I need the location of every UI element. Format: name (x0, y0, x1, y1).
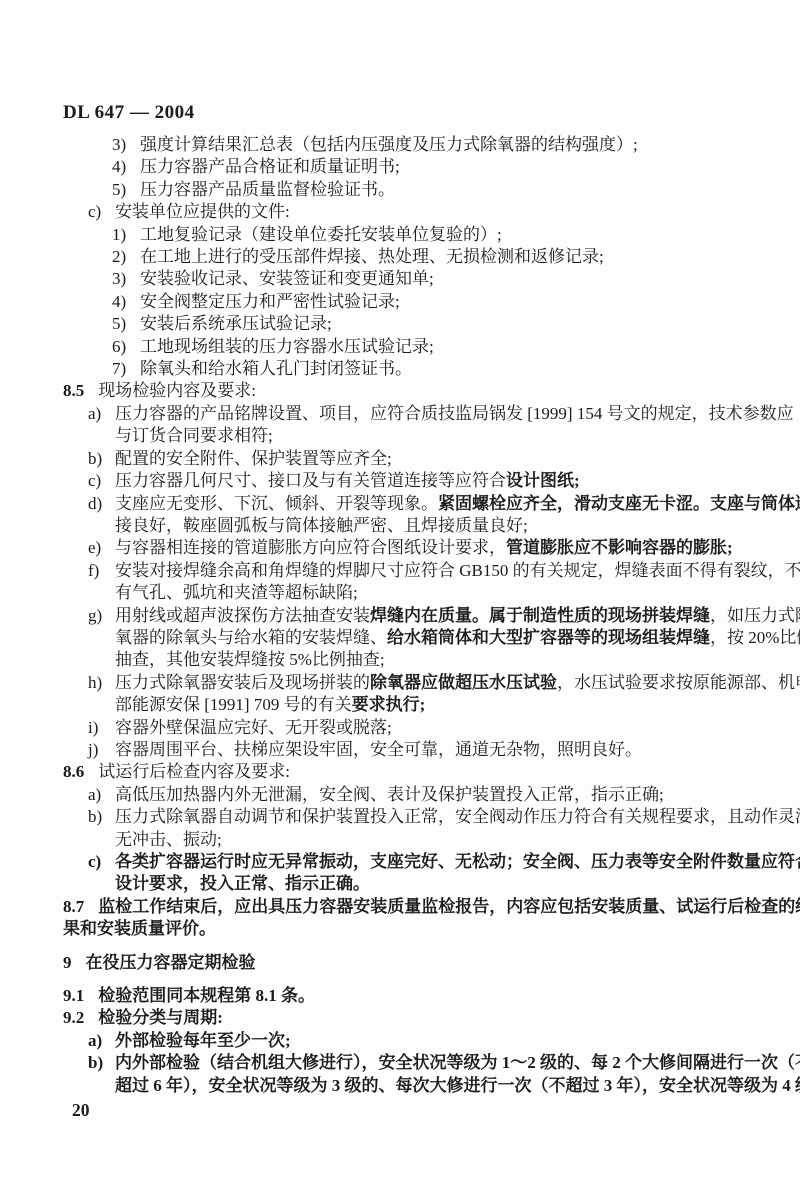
paragraph-4: 4)压力容器产品合格证和质量证明书; (63, 156, 745, 178)
text-segment: 紧固螺栓应齐全，滑动支座无卡涩。支座与筒体连 (438, 494, 800, 513)
text-segment: 与容器相连接的管道膨胀方向应符合图纸设计要求， (115, 538, 506, 557)
paragraph-label: 5) (112, 313, 140, 335)
paragraph-label: h) (88, 672, 115, 694)
paragraph-h: h)压力式除氧器安装后及现场拼装的除氧器应做超压水压试验，水压试验要求按原能源部… (63, 672, 745, 717)
paragraph-label: 9 (63, 952, 86, 974)
paragraph-label: 7) (112, 358, 140, 380)
paragraph-6: 6)工地现场组装的压力容器水压试验记录; (63, 336, 745, 358)
text-line: 安装单位应提供的文件: (115, 202, 290, 221)
text-line: 外部检验每年至少一次; (115, 1031, 291, 1050)
paragraph-label: e) (88, 537, 115, 559)
paragraph-label: a) (88, 784, 115, 806)
paragraph-label: 9.2 (63, 1007, 98, 1029)
paragraph-label: 6) (112, 336, 140, 358)
text-line: 氧器的除氧头与给水箱的安装焊缝、给水箱筒体和大型扩容器等的现场组装焊缝，按 20… (115, 628, 800, 647)
paragraph-7: 7)除氧头和给水箱人孔门封闭签证书。 (63, 358, 745, 380)
paragraph-5: 5)安装后系统承压试验记录; (63, 313, 745, 335)
paragraph-5: 5)压力容器产品质量监督检验证书。 (63, 179, 745, 201)
paragraph-label: j) (88, 739, 115, 761)
text-segment: ，按 20%比例 (710, 628, 800, 647)
text-line: 安装验收记录、安装签证和变更通知单; (140, 269, 434, 288)
paragraph-j: j)容器周围平台、扶梯应架设牢固，安全可靠，通道无杂物，照明良好。 (63, 739, 745, 761)
paragraph-3: 3)安装验收记录、安装签证和变更通知单; (63, 268, 745, 290)
page-number: 20 (72, 1100, 90, 1121)
text-segment: 给水箱筒体和大型扩容器等的现场组装焊缝 (387, 628, 710, 647)
paragraph-9.1: 9.1检验范围同本规程第 8.1 条。 (63, 985, 745, 1007)
text-line: 部能源安保 [1991] 709 号的有关要求执行; (115, 695, 425, 714)
document-page: DL 647 — 2004 3)强度计算结果汇总表（包括内压强度及压力式除氧器的… (0, 0, 800, 1193)
paragraph-8.5: 8.5现场检验内容及要求: (63, 380, 745, 402)
text-line: 压力容器几何尺寸、接口及与有关管道连接等应符合设计图纸; (115, 471, 580, 490)
paragraph-8.7: 8.7监检工作结束后，应出具压力容器安装质量监检报告，内容应包括安装质量、试运行… (63, 896, 745, 941)
text-line: 在工地上进行的受压部件焊接、热处理、无损检测和返修记录; (140, 247, 604, 266)
paragraph-1: 1)工地复验记录（建设单位委托安装单位复验的）; (63, 224, 745, 246)
paragraph-b: b)压力式除氧器自动调节和保护装置投入正常，安全阀动作压力符合有关规程要求，且动… (63, 806, 745, 851)
paragraph-a: a)高低压加热器内外无泄漏，安全阀、表计及保护装置投入正常，指示正确; (63, 784, 745, 806)
paragraph-label: 8.5 (63, 380, 98, 402)
paragraph-a: a)压力容器的产品铭牌设置、项目，应符合质技监局锅发 [1999] 154 号文… (63, 403, 745, 448)
text-segment: 用射线或超声波探伤方法抽查安装 (115, 606, 370, 625)
text-line: 支座应无变形、下沉、倾斜、开裂等现象。紧固螺栓应齐全，滑动支座无卡涩。支座与筒体… (115, 494, 800, 513)
text-line: 试运行后检查内容及要求: (98, 762, 290, 781)
paragraph-label: b) (88, 448, 115, 470)
text-segment: 除氧器应做超压水压试验 (370, 673, 557, 692)
paragraph-label: 1) (112, 224, 140, 246)
text-line: 安装对接焊缝余高和角焊缝的焊脚尺寸应符合 GB150 的有关规定，焊缝表面不得有… (115, 561, 800, 580)
text-line: 各类扩容器运行时应无异常振动，支座完好、无松动；安全阀、压力表等安全附件数量应符… (115, 852, 800, 871)
text-segment: 氧器的除氧头与给水箱的安装焊缝、 (115, 628, 387, 647)
paragraph-i: i)容器外壁保温应完好、无开裂或脱落; (63, 717, 745, 739)
text-line: 用射线或超声波探伤方法抽查安装焊缝内在质量。属于制造性质的现场拼装焊缝，如压力式… (115, 606, 800, 625)
text-line: 果和安装质量评价。 (63, 919, 216, 938)
paragraph-label: c) (88, 851, 115, 873)
paragraph-label: b) (88, 1052, 115, 1074)
text-segment: 焊缝内在质量。属于制造性质的现场拼装焊缝 (370, 606, 710, 625)
paragraph-c: c)各类扩容器运行时应无异常振动，支座完好、无松动；安全阀、压力表等安全附件数量… (63, 851, 745, 896)
paragraph-c: c)压力容器几何尺寸、接口及与有关管道连接等应符合设计图纸; (63, 470, 745, 492)
paragraph-a: a)外部检验每年至少一次; (63, 1030, 745, 1052)
paragraph-label: 4) (112, 156, 140, 178)
paragraph-4: 4)安全阀整定压力和严密性试验记录; (63, 291, 745, 313)
text-line: 压力容器产品合格证和质量证明书; (140, 157, 400, 176)
paragraph-label: c) (88, 470, 115, 492)
paragraph-label: f) (88, 560, 115, 582)
paragraph-2: 2)在工地上进行的受压部件焊接、热处理、无损检测和返修记录; (63, 246, 745, 268)
text-segment: ，如压力式除 (710, 606, 800, 625)
paragraph-label: 3) (112, 268, 140, 290)
text-line: 检验范围同本规程第 8.1 条。 (98, 986, 315, 1005)
text-line: 无冲击、振动; (115, 830, 222, 849)
text-segment: 支座应无变形、下沉、倾斜、开裂等现象。 (115, 494, 438, 513)
paragraph-label: 9.1 (63, 985, 98, 1007)
paragraph-label: 8.6 (63, 761, 98, 783)
text-segment: 要求执行; (352, 695, 426, 714)
text-line: 在役压力容器定期检验 (86, 953, 256, 972)
paragraph-9.2: 9.2检验分类与周期: (63, 1007, 745, 1029)
text-line: 配置的安全附件、保护装置等应齐全; (115, 449, 392, 468)
text-line: 现场检验内容及要求: (98, 381, 256, 400)
text-line: 安装后系统承压试验记录; (140, 314, 332, 333)
paragraph-g: g)用射线或超声波探伤方法抽查安装焊缝内在质量。属于制造性质的现场拼装焊缝，如压… (63, 605, 745, 672)
paragraph-label: a) (88, 403, 115, 425)
paragraph-label: b) (88, 806, 115, 828)
paragraph-3: 3)强度计算结果汇总表（包括内压强度及压力式除氧器的结构强度）; (63, 134, 745, 156)
text-line: 压力容器产品质量监督检验证书。 (140, 180, 395, 199)
text-line: 强度计算结果汇总表（包括内压强度及压力式除氧器的结构强度）; (140, 135, 638, 154)
text-segment: ，水压试验要求按原能源部、机电 (557, 673, 800, 692)
paragraph-e: e)与容器相连接的管道膨胀方向应符合图纸设计要求，管道膨胀应不影响容器的膨胀; (63, 537, 745, 559)
paragraph-8.6: 8.6试运行后检查内容及要求: (63, 761, 745, 783)
document-body: 3)强度计算结果汇总表（包括内压强度及压力式除氧器的结构强度）;4)压力容器产品… (63, 134, 745, 1097)
paragraph-label: 2) (112, 246, 140, 268)
text-line: 与容器相连接的管道膨胀方向应符合图纸设计要求，管道膨胀应不影响容器的膨胀; (115, 538, 733, 557)
text-line: 检验分类与周期: (98, 1008, 223, 1027)
text-line: 超过 6 年），安全状况等级为 3 级的、每次大修进行一次（不超过 3 年），安… (115, 1076, 800, 1095)
paragraph-f: f)安装对接焊缝余高和角焊缝的焊脚尺寸应符合 GB150 的有关规定，焊缝表面不… (63, 560, 745, 605)
text-segment: 管道膨胀应不影响容器的膨胀; (506, 538, 733, 557)
text-line: 监检工作结束后，应出具压力容器安装质量监检报告，内容应包括安装质量、试运行后检查… (98, 897, 800, 916)
paragraph-b: b)配置的安全附件、保护装置等应齐全; (63, 448, 745, 470)
paragraph-label: 8.7 (63, 896, 98, 918)
text-line: 高低压加热器内外无泄漏，安全阀、表计及保护装置投入正常，指示正确; (115, 785, 664, 804)
text-line: 容器周围平台、扶梯应架设牢固，安全可靠，通道无杂物，照明良好。 (115, 740, 642, 759)
paragraph-label: i) (88, 717, 115, 739)
text-line: 压力式除氧器安装后及现场拼装的除氧器应做超压水压试验，水压试验要求按原能源部、机… (115, 673, 800, 692)
text-line: 有气孔、弧坑和夹渣等超标缺陷; (115, 583, 358, 602)
paragraph-label: 3) (112, 134, 140, 156)
paragraph-c: c)安装单位应提供的文件: (63, 201, 745, 223)
paragraph-label: a) (88, 1030, 115, 1052)
text-line: 除氧头和给水箱人孔门封闭签证书。 (140, 359, 412, 378)
paragraph-d: d)支座应无变形、下沉、倾斜、开裂等现象。紧固螺栓应齐全，滑动支座无卡涩。支座与… (63, 493, 745, 538)
text-segment: 压力式除氧器安装后及现场拼装的 (115, 673, 370, 692)
text-line: 设计要求，投入正常、指示正确。 (115, 874, 370, 893)
text-segment: 设计图纸; (506, 471, 580, 490)
paragraph-label: c) (88, 201, 115, 223)
text-line: 内外部检验（结合机组大修进行），安全状况等级为 1～2 级的、每 2 个大修间隔… (115, 1053, 800, 1072)
text-line: 工地复验记录（建设单位委托安装单位复验的）; (140, 225, 502, 244)
paragraph-label: g) (88, 605, 115, 627)
text-line: 工地现场组装的压力容器水压试验记录; (140, 337, 434, 356)
text-segment: 压力容器几何尺寸、接口及与有关管道连接等应符合 (115, 471, 506, 490)
text-line: 压力容器的产品铭牌设置、项目，应符合质技监局锅发 [1999] 154 号文的规… (115, 404, 794, 423)
text-line: 压力式除氧器自动调节和保护装置投入正常，安全阀动作压力符合有关规程要求，且动作灵… (115, 807, 800, 826)
paragraph-b: b)内外部检验（结合机组大修进行），安全状况等级为 1～2 级的、每 2 个大修… (63, 1052, 745, 1097)
text-line: 容器外壁保温应完好、无开裂或脱落; (115, 718, 392, 737)
standard-number-header: DL 647 — 2004 (63, 103, 745, 123)
paragraph-label: 5) (112, 179, 140, 201)
text-line: 与订货合同要求相符; (115, 426, 273, 445)
text-line: 抽查，其他安装焊缝按 5%比例抽查; (115, 650, 385, 669)
paragraph-label: d) (88, 493, 115, 515)
paragraph-label: 4) (112, 291, 140, 313)
paragraph-9: 9在役压力容器定期检验 (63, 952, 745, 974)
text-line: 接良好，鞍座圆弧板与筒体接触严密、且焊接质量良好; (115, 516, 528, 535)
text-segment: 部能源安保 [1991] 709 号的有关 (115, 695, 352, 714)
text-line: 安全阀整定压力和严密性试验记录; (140, 292, 400, 311)
